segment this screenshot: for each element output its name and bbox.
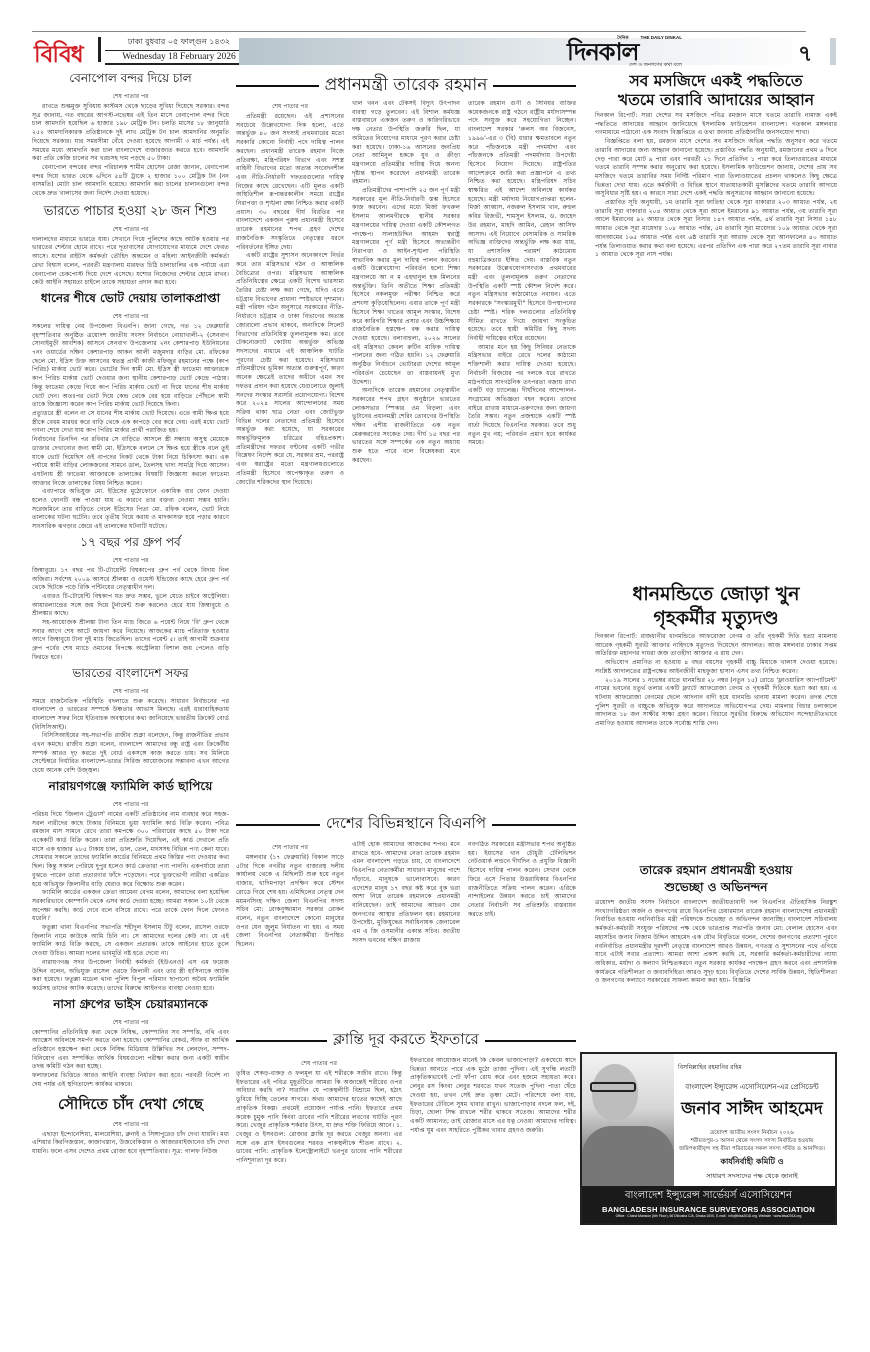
- article-paragraph: অভিযোগ প্রমাণিত না হওয়ায় ৪ বছর বয়সের …: [595, 659, 837, 676]
- article-paragraph: সহ-আয়োজক শ্রীলঙ্কা টানা তিন ম্যাচ জিতে …: [32, 619, 229, 663]
- article-headline: নাসা গ্রুপের ভাইস চেয়ারম্যানকে: [32, 996, 229, 1016]
- rule-line: [492, 824, 576, 826]
- main-headline: প্রধানমন্ত্রী তারেক রহমান: [325, 72, 488, 100]
- continued-label: শেষ পাতার পর: [32, 311, 229, 322]
- main-story-body: শেষ পাতার পর প্রতিমন্ত্রী রয়েছেন। এই প্…: [236, 100, 576, 790]
- main-story-column-1: শেষ পাতার পর প্রতিমন্ত্রী রয়েছেন। এই প্…: [236, 100, 344, 487]
- article-paragraph: নারায়ণগঞ্জ সদর উপজেলা নির্বাহী কর্মকর্ত…: [32, 959, 229, 994]
- article-paragraph: বেনাপোল বন্দরের বন্দর পরিচালক শামীম হোসে…: [32, 164, 229, 199]
- article-paragraph: ২০১৯ সালের ১ নভেম্বর রাতে ধানমন্ডির ২৮ ন…: [595, 677, 837, 729]
- article-india-tour: ভারতের বাংলাদেশ সফর শেষ পাতার পর সময়ে র…: [32, 665, 229, 776]
- org-name-english: BANGLADESH INSURANCE SURVEYORS ASSOCIATI…: [582, 1205, 835, 1214]
- article-paragraph: প্রতিমন্ত্রীদের পাশাপাশি ২৫ জন পূর্ণ মন্…: [352, 187, 460, 387]
- article-paragraph: তৃষিত শেকড়-বাকড় ও ফলমূল যা এই শরীরকে স…: [236, 1070, 402, 1166]
- bnp-headline-row: দেশের বিভিন্নস্থানে বিএনপি: [236, 812, 576, 837]
- article-iftar: ক্লান্তি দূর করতে ইফতারে শেষ পাতার পর তৃ…: [236, 1028, 576, 1337]
- article-paragraph: এছাড়া ইন্দোনেশিয়া, মালয়েশিয়া, ব্রুনা…: [32, 1131, 229, 1157]
- article-moon-sighting: সৌদিতে চাঁদ দেখা গেছে শেষ পাতার পর এছাড়…: [32, 1093, 229, 1157]
- ad-name: জনাব সাঈদ আহমেদ: [668, 1096, 836, 1124]
- continued-label: শেষ পাতার পর: [236, 842, 344, 853]
- header-gradient-bar: [239, 38, 793, 65]
- article-headline: সৌদিতে চাঁদ দেখা গেছে: [32, 1093, 229, 1118]
- masthead: বিবিধ ঢাকা বুধবার ০৫ ফাল্গুন ১৪৩২ Wednes…: [32, 31, 806, 65]
- article-paragraph: পরিচয় দিয়ে 'জিলান ট্রেডার্স' নামের একট…: [32, 811, 229, 889]
- advertisement: বিসমিল্লাহির রহমানির রহিম বাংলাদেশ ইন্স্…: [580, 1052, 837, 1225]
- article-paragraph: ইফতারের আয়োজন মানেই কি কেবল ভাজাপোড়া? …: [410, 1057, 576, 1135]
- article-paragraph: রাখতে শুল্কমুক্ত সুবিধায় কাস্টমস থেকে ছ…: [32, 103, 229, 164]
- continued-label: শেষ পাতার পর: [32, 1119, 229, 1130]
- article-paragraph: আমার মনে হয় কিছু সিনিয়র নেতাকে মন্ত্রি…: [468, 344, 576, 448]
- article-bnp: দেশের বিভিন্নস্থানে বিএনপি শেষ পাতার পর …: [236, 812, 576, 1041]
- article-paragraph: এবারও টি-টোয়েন্টি বিশ্বকাপ যত দ্রুত সম্…: [32, 593, 229, 619]
- date-bangla: ঢাকা বুধবার ০৫ ফাল্গুন ১৪৩২: [105, 36, 253, 51]
- article-benapole: বেনাপোল বন্দর দিয়ে চাল শেষ পাতার পর রাখ…: [32, 70, 229, 199]
- article-paragraph: এটাই হোক আমাদের আজকের শপথ। মনে রাখতে হবে…: [352, 841, 460, 945]
- article-tarabi: সব মসজিদে একই পদ্ধতিতে খতমে তারাবি আদায়…: [595, 72, 837, 562]
- continued-label: শেষ পাতার পর: [32, 1017, 229, 1028]
- divider: [98, 37, 101, 62]
- dateline: ঢাকা বুধবার ০৫ ফাল্গুন ১৪৩২ Wednesday 18…: [105, 36, 253, 65]
- article-paragraph: প্রস্তাবিত সূচি অনুযায়ী, ১ম তারাবি সূরা…: [595, 199, 837, 260]
- date-english: Wednesday 18 February 2026: [105, 51, 253, 65]
- headline-line-2: শুভেচ্ছা ও অভিনন্দন: [595, 879, 837, 896]
- continued-label: শেষ পাতার পর: [32, 686, 229, 697]
- article-headline: ধানের শীষে ভোট দেয়ায় তালাকপ্রাপ্তা: [32, 290, 229, 310]
- main-headline-row: প্রধানমন্ত্রী তারেক রহমান: [236, 72, 576, 100]
- ad-footer: বাংলাদেশ ইন্স্যুরেন্স সার্ভেয়র্স এসোসিয…: [582, 1186, 835, 1223]
- article-paragraph: খাল খনন এবং টেকসই বিদ্যুৎ উৎপাদন ব্যবস্থ…: [352, 100, 460, 187]
- article-paragraph: সকলের দায়িত্ব নেয় উপজেলা বিএনপি। জানা …: [32, 323, 229, 410]
- article-headline: ১৭ বছর পর গ্রুপ পর্ব: [32, 534, 229, 554]
- article-paragraph: মঙ্গলবার (১৭ ফেব্রুয়ারি) বিকাল সাড়ে ৫ট…: [236, 854, 344, 950]
- article-paragraph: দিনকাল রিপোর্ট: রাজধানীর ধানমন্ডিতে আফরো…: [595, 633, 837, 659]
- portrait-photo: [582, 1054, 674, 1190]
- article-family-card: নারায়ণগঞ্জে ফ্যামিলি কার্ড ছাপিয়ে শেষ …: [32, 778, 229, 994]
- org-address: Office : Chand Mansion (6th Floor), 66 D…: [582, 1214, 835, 1218]
- bnp-column-1: শেষ পাতার পর মঙ্গলবার (১৭ ফেব্রুয়ারি) ব…: [236, 841, 344, 1041]
- rule-line: [236, 85, 319, 87]
- article-headline: ধানমন্ডিতে জোড়া খুন গৃহকর্মীর মৃত্যুদণ্…: [595, 582, 837, 630]
- article-paragraph: নবগঠিত সরকারের মন্ত্রীসভার শপথ অনুষ্ঠিত …: [468, 841, 576, 919]
- headline-line-2: গৃহকর্মীর মৃত্যুদণ্ড: [595, 606, 837, 630]
- article-greeting: তারেক রহমান প্রধানমন্ত্রী হওয়ায় শুভেচ্…: [595, 862, 837, 1040]
- portrait-body: [582, 1126, 674, 1190]
- rule-line: [236, 824, 320, 826]
- rule-line: [493, 85, 576, 87]
- article-paragraph: কোম্পানির প্রতিনিধিত্ব করা থেকে নিষিদ্ধ,…: [32, 1029, 229, 1073]
- rule-line: [485, 1040, 576, 1042]
- continued-label: শেষ পাতার পর: [32, 799, 229, 810]
- headline-line-2: খতমে তারাবি আদায়ের আহ্বান: [595, 91, 837, 110]
- article-child-trafficking: ভারতে পাচার হওয়া ২৮ জন শিশু শেষ পাতার প…: [32, 202, 229, 288]
- continued-label: শেষ পাতার পর: [32, 91, 229, 102]
- article-headline: ভারতে পাচার হওয়া ২৮ জন শিশু: [32, 202, 229, 223]
- article-divorce: ধানের শীষে ভোট দেয়ায় তালাকপ্রাপ্তা শেষ…: [32, 290, 229, 532]
- article-paragraph: ত্রয়োদশ জাতীয় সংসদ নির্বাচনে বাংলাদেশ …: [595, 899, 837, 986]
- article-headline: তারেক রহমান প্রধানমন্ত্রী হওয়ায় শুভেচ্…: [595, 862, 837, 896]
- portrait-head: [592, 1064, 638, 1120]
- article-nasa-group: নাসা গ্রুপের ভাইস চেয়ারম্যানকে শেষ পাতা…: [32, 996, 229, 1090]
- article-paragraph: দালালদের মাধ্যমে ভারতে যায়। সেখানে গিয়…: [32, 236, 229, 288]
- article-paragraph: ফলাফলের ভিত্তিতে আরও আইনি ব্যবস্থা নির্ধ…: [32, 1072, 229, 1089]
- article-paragraph: দিনকাল রিপোর্ট: সারা দেশের সব মসজিদে পবি…: [595, 112, 837, 138]
- article-headline: দেশের বিভিন্নস্থানে বিএনপি: [326, 812, 486, 837]
- newspaper-logo: দৈনিকTHE DAILY DINKAL দিনকাল দেশ ও জনগণে…: [567, 35, 682, 70]
- continued-label: শেষ পাতার পর: [236, 101, 344, 112]
- article-group-stage: ১৭ বছর পর গ্রুপ পর্ব শেষ পাতার পর জিম্বা…: [32, 534, 229, 663]
- article-paragraph: অন্যদিকে তারেক রহমানের নেতৃত্বাধীন সরকার…: [352, 387, 460, 465]
- article-paragraph: নির্বাচনের তিনদিন পর রবিবার সে বাড়িতে আ…: [32, 436, 229, 488]
- article-headline: নারায়ণগঞ্জে ফ্যামিলি কার্ড ছাপিয়ে: [32, 778, 229, 798]
- bnp-column-3: নবগঠিত সরকারের মন্ত্রীসভার শপথ অনুষ্ঠিত …: [468, 841, 576, 1041]
- iftar-column-2: ইফতারের আয়োজন মানেই কি কেবল ভাজাপোড়া? …: [410, 1057, 576, 1337]
- continued-label: শেষ পাতার পর: [32, 555, 229, 566]
- main-story-column-2: খাল খনন এবং টেকসই বিদ্যুৎ উৎপাদন ব্যবস্থ…: [352, 100, 460, 487]
- article-dhanmondi: ধানমন্ডিতে জোড়া খুন গৃহকর্মীর মৃত্যুদণ্…: [595, 582, 837, 782]
- bnp-column-2: এটাই হোক আমাদের আজকের শপথ। মনে রাখতে হবে…: [352, 841, 460, 1041]
- portrait-glasses: [590, 1082, 636, 1092]
- article-headline: বেনাপোল বন্দর দিয়ে চাল: [32, 70, 229, 90]
- page-number: ৭: [798, 37, 812, 74]
- article-paragraph: ফ্যামিলি কার্ডের একজন ক্রেতা আমেনা বেগম …: [32, 889, 229, 924]
- ad-committee: কার্যনির্বাহী কমিটি ও: [668, 1156, 836, 1169]
- ad-description: ত্রয়োদশ জাতীয় সংসদ নির্বাচন ২০২৬ শরীয়…: [668, 1129, 836, 1153]
- article-paragraph: বিসিসিআইয়ের সহ-সভাপতি রাজীব শুক্লা বলেছ…: [32, 732, 229, 776]
- article-paragraph: প্রতিমন্ত্রী রয়েছেন। এই প্রশাসনের সবচেয…: [236, 113, 344, 252]
- ad-bismillah: বিসমিল্লাহির রহমানির রহিম: [668, 1062, 836, 1073]
- article-paragraph: তারেক রহমান গুণী ও সিনিয়র ব্যক্তির কয়ে…: [468, 100, 576, 344]
- article-paragraph: বিজ্ঞপ্তিতে বলা হয়, রমজান মাসে দেশের সব…: [595, 138, 837, 199]
- iftar-column-1: শেষ পাতার পর তৃষিত শেকড়-বাকড় ও ফলমূল য…: [236, 1057, 402, 1337]
- continued-label: শেষ পাতার পর: [32, 224, 229, 235]
- page-number-bar: [830, 38, 836, 65]
- iftar-headline-row: ক্লান্তি দূর করতে ইফতারে: [236, 1028, 576, 1053]
- headline-line-1: তারেক রহমান প্রধানমন্ত্রী হওয়ায়: [595, 862, 837, 879]
- article-headline: ভারতের বাংলাদেশ সফর: [32, 665, 229, 685]
- headline-line-1: ধানমন্ডিতে জোড়া খুন: [595, 582, 837, 606]
- article-paragraph: জিম্বাবুয়ে। ১৭ বছর পর টি-টোয়েন্টি বিশ্…: [32, 567, 229, 593]
- article-paragraph: সময়ে রাজনৈতিক পরিস্থিতি বদলাতে শুরু করে…: [32, 698, 229, 733]
- article-paragraph: এব্যাপারে অভিযুক্ত মো. ইদ্রিসের মুঠোফোনে…: [32, 488, 229, 532]
- main-story-column-3: তারেক রহমান গুণী ও সিনিয়র ব্যক্তির কয়ে…: [468, 100, 576, 487]
- logo-bangla: দিনকাল: [567, 42, 682, 62]
- article-headline: ক্লান্তি দূর করতে ইফতারে: [333, 1028, 479, 1053]
- article-paragraph: প্রত্যুত্তরে স্ত্রী বলেন না সে ধানের শীষ…: [32, 410, 229, 436]
- article-paragraph: একটি রাষ্ট্রের সুশাসন অনেকাংশে নির্ভর কর…: [236, 252, 344, 487]
- ad-title: বাংলাদেশ ইন্স্যুরেন্স এসোসিয়েশন-এর প্রে…: [668, 1081, 836, 1093]
- left-column: বেনাপোল বন্দর দিয়ে চাল শেষ পাতার পর রাখ…: [32, 70, 229, 1157]
- article-paragraph: ফতুল্লা থানা বিএনপির সভাপতি শহীদুল ইসলাম…: [32, 924, 229, 959]
- org-name-bangla: বাংলাদেশ ইন্স্যুরেন্স সার্ভেয়র্স এসোসিয…: [582, 1188, 835, 1205]
- rule-line: [236, 1040, 327, 1042]
- continued-label: শেষ পাতার পর: [236, 1058, 402, 1069]
- article-headline: সব মসজিদে একই পদ্ধতিতে খতমে তারাবি আদায়…: [595, 72, 837, 110]
- headline-line-1: সব মসজিদে একই পদ্ধতিতে: [595, 72, 837, 91]
- ad-members: সাধারণ সদস্যদের পক্ষ থেকে জানাই: [668, 1171, 836, 1182]
